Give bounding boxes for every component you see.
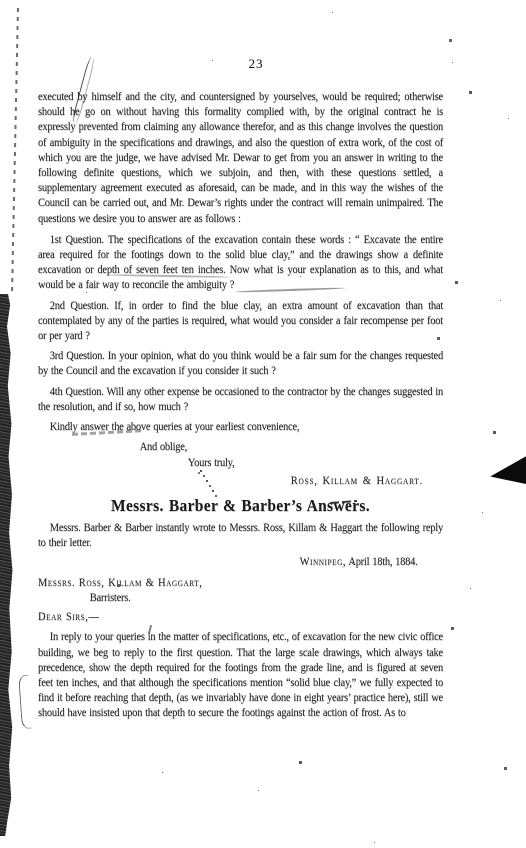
dateline-place: Winnipeg, [300,556,346,568]
answers-body: In reply to your queries in the matter o… [38,630,443,721]
question-1: 1st Question. The specifications of the … [38,233,443,294]
addressee-title: Barristers. [90,591,443,606]
closing-request: Kindly answer the above queries at your … [38,420,443,435]
question-4: 4th Question. Will any other expense be … [38,385,443,415]
margin-brace-mark [18,675,32,730]
letter-paragraph: executed by himself and the city, and co… [38,90,443,227]
scan-specks [0,0,1,1]
dateline: Winnipeg, April 18th, 1884. [38,555,443,570]
salutation: Dear Sirs,— [38,610,443,625]
answers-heading: Messrs. Barber & Barber’s Answers. [38,498,443,513]
page-number: 23 [0,56,512,72]
question-3: 3rd Question. In your opinion, what do y… [38,349,443,379]
left-margin-noise-strip [0,294,13,836]
answers-intro: Messrs. Barber & Barber instantly wrote … [38,521,443,551]
letter-text-block: executed by himself and the city, and co… [38,90,443,722]
yours-truly: Yours truly, [188,456,443,471]
dateline-date: April 18th, 1884. [346,556,418,568]
question-2: 2nd Question. If, in order to find the b… [38,299,443,345]
scanned-document-page: 23 executed by himself and the city, and… [0,0,526,848]
addressee: Messrs. Ross, Killam & Haggart, [38,576,443,591]
signature-ross-killam-haggart: Ross, Killam & Haggart. [38,474,443,489]
left-pointing-arrow-icon [489,456,526,490]
left-margin-dashed-line [11,8,19,292]
and-oblige: And oblige, [140,440,443,455]
